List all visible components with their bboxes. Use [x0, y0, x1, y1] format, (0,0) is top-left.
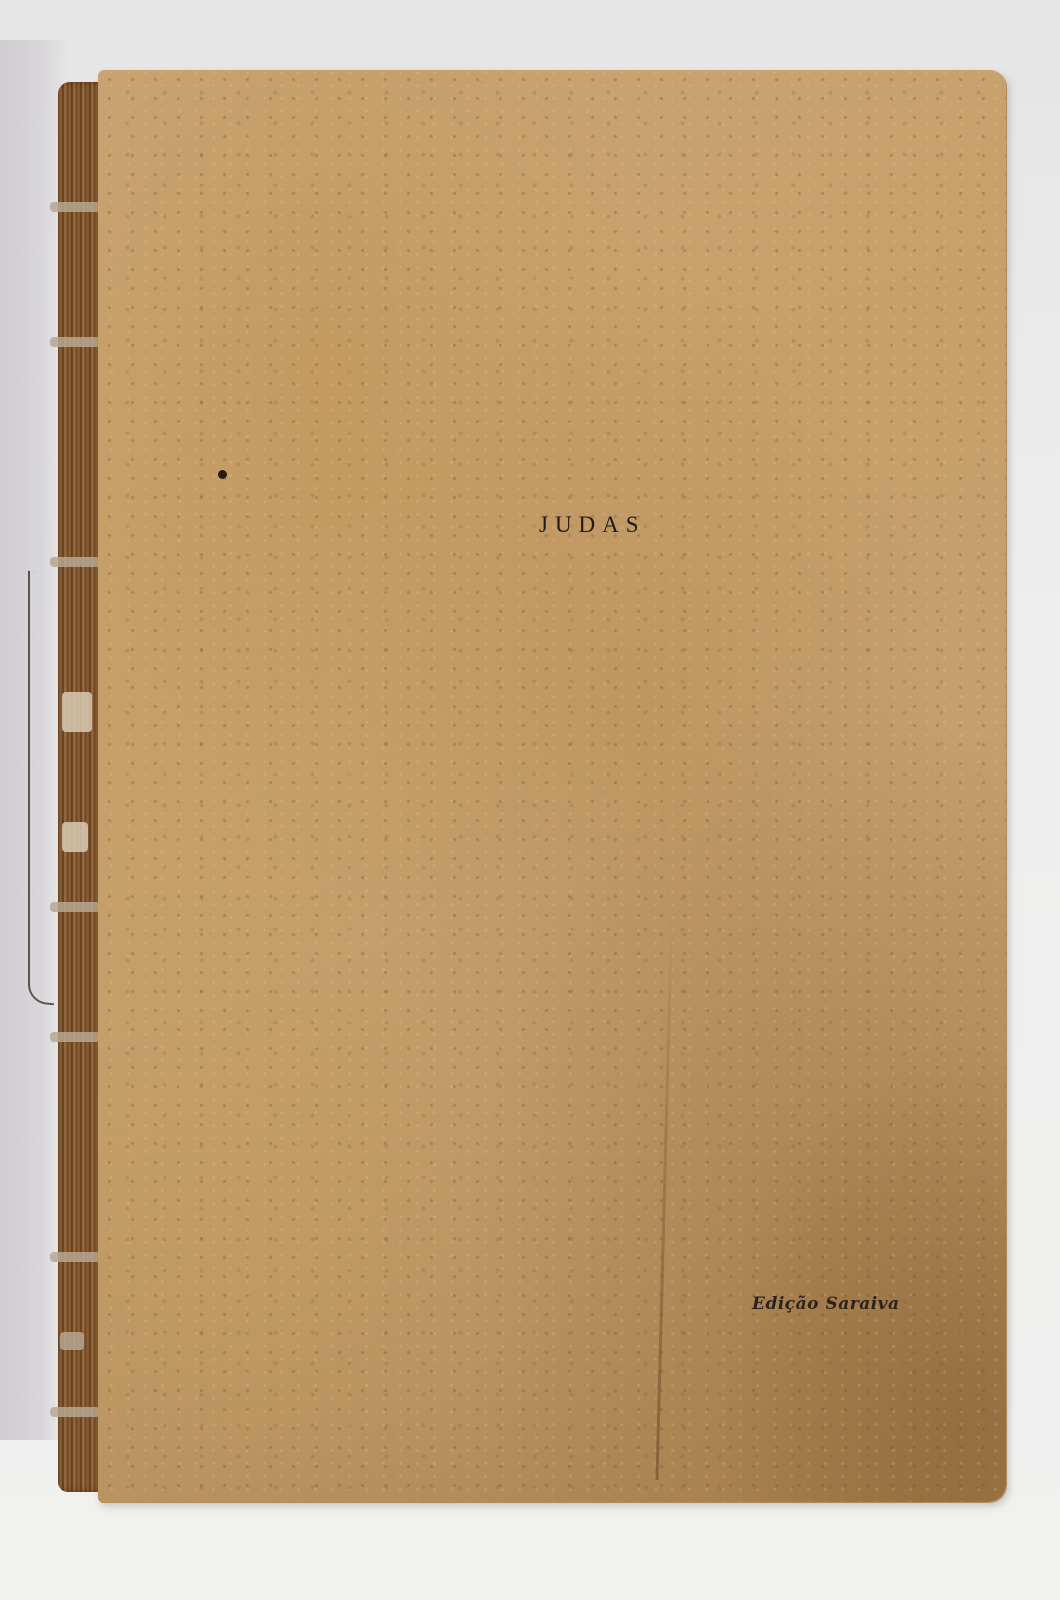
book-title: JUDAS: [98, 512, 1006, 538]
loose-thread: [28, 571, 54, 1006]
binding-hole: [218, 470, 227, 479]
publisher-label: Edição Saraiva: [752, 1294, 900, 1314]
spine-stitch: [50, 1407, 100, 1417]
spine-stitch: [50, 1252, 100, 1262]
book: JUDAS Edição Saraiva: [58, 70, 1006, 1502]
spine-tear: [62, 822, 88, 852]
spine-stitch: [60, 1332, 84, 1350]
book-cover: JUDAS Edição Saraiva: [98, 70, 1006, 1502]
spine-tear: [62, 692, 92, 732]
spine-stitch: [50, 902, 100, 912]
spine-stitch: [50, 557, 100, 567]
spine-stitch: [50, 202, 100, 212]
foxing-texture: [98, 70, 1006, 1502]
spine-stitch: [50, 337, 100, 347]
spine-stitch: [50, 1032, 100, 1042]
